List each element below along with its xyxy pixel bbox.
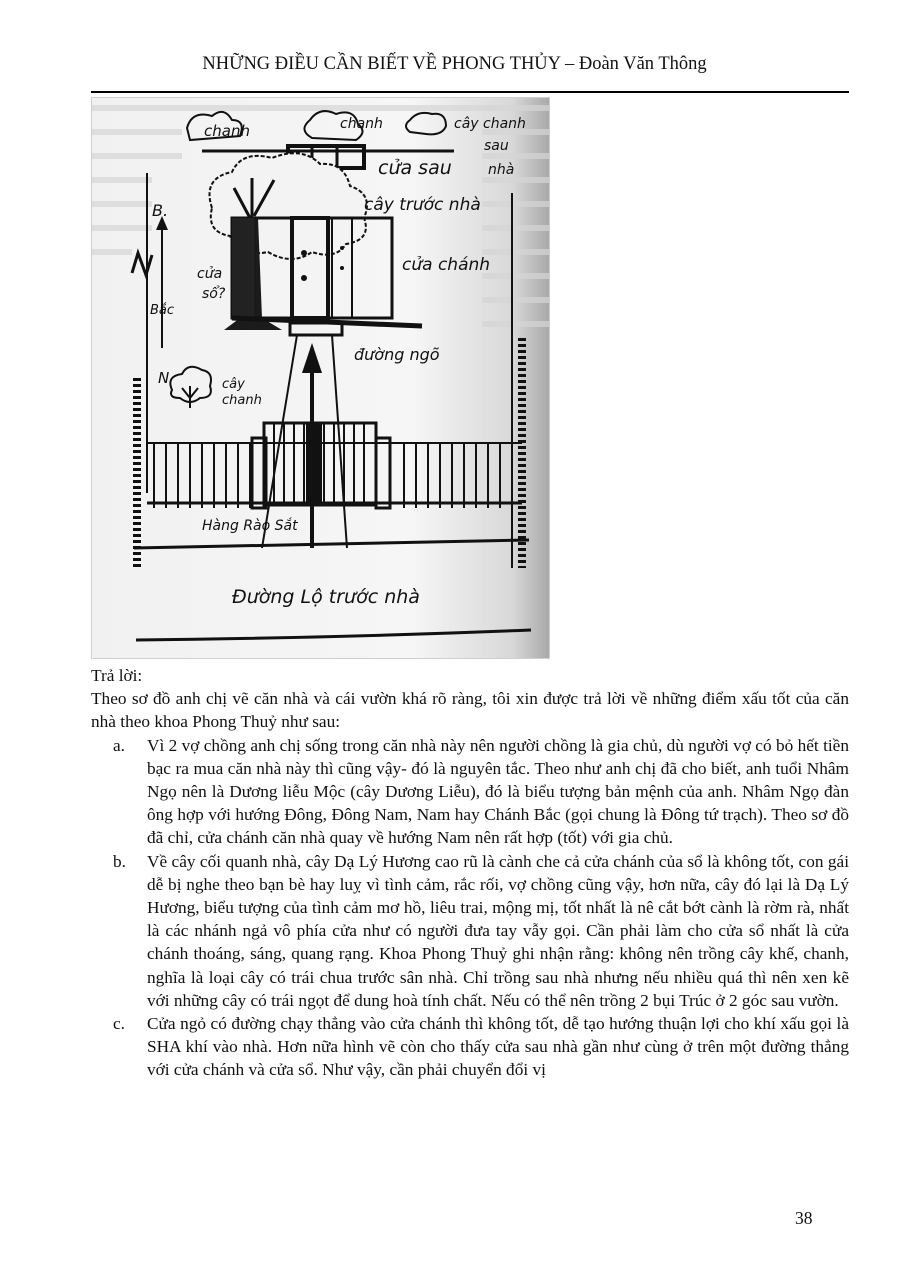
label-back-note-2: nhà	[488, 162, 514, 178]
label-window-2: sổ?	[202, 285, 226, 302]
list-marker: c.	[113, 1012, 125, 1035]
label-alley-road: đường ngõ	[354, 345, 440, 364]
label-front-tree: cây trước nhà	[364, 195, 481, 215]
list-marker: a.	[113, 734, 125, 757]
label-back-note-1: sau	[484, 138, 509, 154]
header-rule	[91, 91, 849, 93]
label-compass-bac: Bắc	[150, 303, 174, 318]
label-lemon-tree-2: chanh	[222, 393, 262, 408]
sketch-figure: chanh chanh cây chanh sau nhà cửa sau câ…	[91, 97, 550, 659]
label-tree-back-middle: chanh	[340, 116, 383, 132]
page-number: 38	[795, 1208, 813, 1229]
list-item: a. Vì 2 vợ chồng anh chị sống trong căn …	[91, 734, 849, 850]
label-lemon-tree: cây	[222, 377, 245, 392]
label-iron-fence: Hàng Rào Sắt	[202, 517, 298, 534]
label-back-door: cửa sau	[378, 157, 452, 179]
answer-label: Trả lời:	[91, 664, 849, 687]
list-item-text: Cửa ngỏ có đường chạy thẳng vào cửa chán…	[147, 1014, 849, 1079]
list-item-text: Vì 2 vợ chồng anh chị sống trong căn nhà…	[147, 736, 849, 848]
label-tree-back-right: cây chanh	[454, 116, 526, 132]
list-marker: b.	[113, 850, 126, 873]
label-tree-back-left: chanh	[204, 122, 250, 140]
house-sketch-drawing: chanh chanh cây chanh sau nhà cửa sau câ…	[92, 98, 550, 659]
label-window-1: cửa	[197, 266, 222, 282]
answer-body: Trả lời: Theo sơ đồ anh chị vẽ căn nhà v…	[91, 664, 849, 1082]
list-item: c. Cửa ngỏ có đường chạy thẳng vào cửa c…	[91, 1012, 849, 1082]
label-compass-north: B.	[152, 201, 168, 220]
label-main-door: cửa chánh	[402, 255, 490, 275]
label-front-street: Đường Lộ trước nhà	[232, 586, 420, 608]
list-item: b. Về cây cối quanh nhà, cây Dạ Lý Hương…	[91, 850, 849, 1012]
answer-list: a. Vì 2 vợ chồng anh chị sống trong căn …	[91, 734, 849, 1082]
list-item-text: Về cây cối quanh nhà, cây Dạ Lý Hương ca…	[147, 852, 849, 1010]
page-header-title: NHỮNG ĐIỀU CẦN BIẾT VỀ PHONG THỦY – Đoàn…	[0, 54, 909, 75]
answer-intro: Theo sơ đồ anh chị vẽ căn nhà và cái vườ…	[91, 687, 849, 733]
label-compass-south: N	[158, 369, 169, 387]
